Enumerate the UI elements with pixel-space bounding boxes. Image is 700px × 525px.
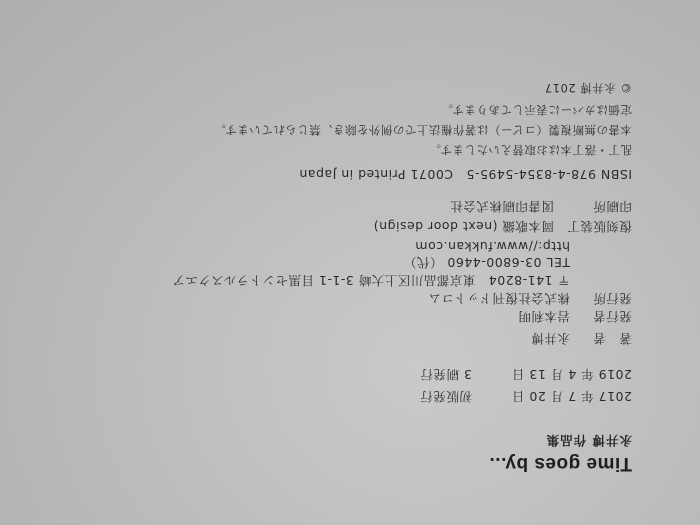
publisher-line: 発行所株式会社復刊ドットコム	[428, 290, 632, 308]
edition-first: 2017 年 7 月 20 日初版発行	[420, 388, 632, 406]
book-subtitle: 永井博 作品集	[546, 432, 632, 450]
book-title: Time goes by...	[489, 452, 632, 474]
address-line: 〒 141-8204 東京都品川区上大崎 3-1-1 目黒セントラルスクエア	[172, 272, 632, 290]
publisher-person-line: 発行者岩本利明	[518, 308, 632, 326]
tel-line: TEL 03-6800-4460 （代）	[404, 254, 633, 272]
notice-line: 乱丁・落丁本はお取替えいたします。	[429, 142, 632, 158]
url-line: http://www.fukkan.com	[415, 239, 632, 254]
colophon-page: Time goes by... 永井博 作品集 2017 年 7 月 20 日初…	[0, 0, 700, 524]
copyright-line: © 永井博 2017	[544, 80, 632, 96]
isbn-line: ISBN 978-4-8354-5495-5 C0071 Printed in …	[299, 166, 632, 184]
design-line: 復刻版装丁岡本歌織 (next door design)	[373, 218, 632, 236]
notice-line: 定価はカバーに表示してあります。	[441, 102, 632, 118]
author-line: 著 者永井博	[531, 330, 632, 348]
printer-line: 印刷所図書印刷株式会社	[450, 198, 632, 216]
edition-third: 2019 年 4 月 13 日3 刷発行	[420, 366, 632, 384]
notice-line: 本書の無断複製（コピー）は著作権法上での例外を除き、禁じられています。	[214, 122, 632, 138]
